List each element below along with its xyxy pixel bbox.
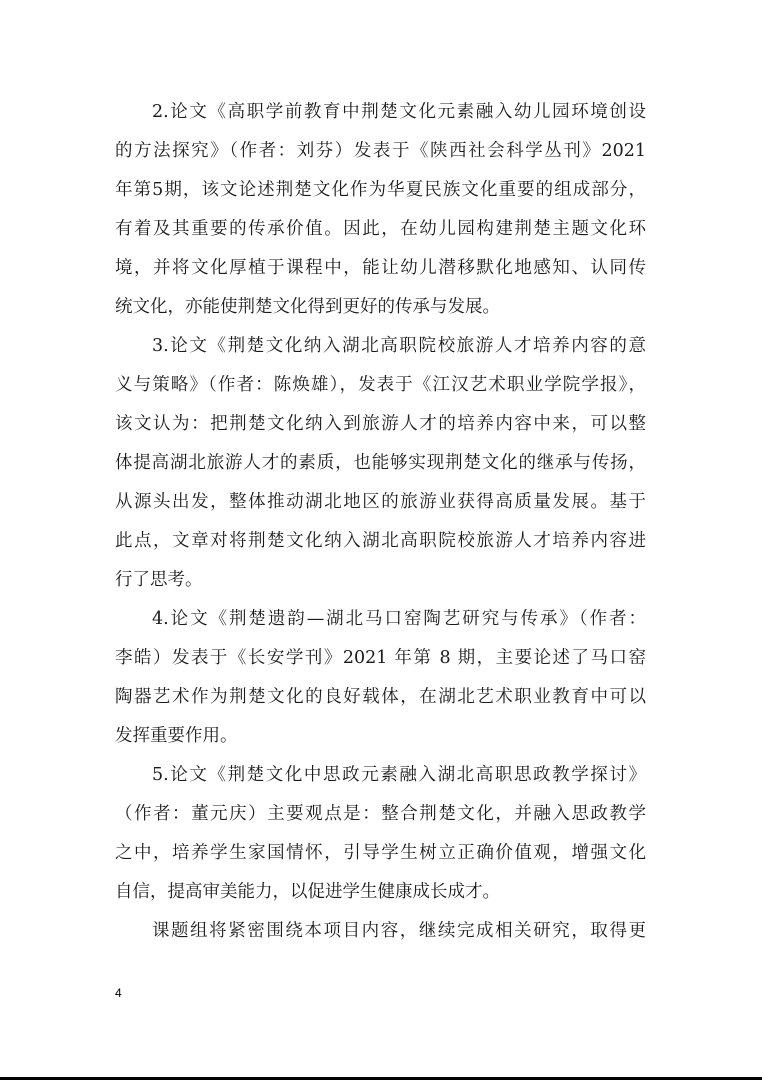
- paragraph-item-4: 4.论文《荆楚遗韵—湖北马口窑陶艺研究与传承》（作者： 李皓）发表于《长安学刊》…: [115, 600, 646, 756]
- text-line: 李皓）发表于《长安学刊》2021 年第 8 期，主要论述了马口窑: [115, 639, 646, 678]
- text-line: 义与策略》（作者：陈焕雄），发表于《江汉艺术职业学院学报》，: [115, 366, 646, 405]
- text-line: 从源头出发，整体推动湖北地区的旅游业获得高质量发展。基于: [115, 483, 646, 522]
- text-line: 4.论文《荆楚遗韵—湖北马口窑陶艺研究与传承》（作者：: [115, 600, 646, 639]
- text-line: 的方法探究》（作者：刘芬）发表于《陕西社会科学丛刊》2021: [115, 132, 646, 171]
- text-line: 3.论文《荆楚文化纳入湖北高职院校旅游人才培养内容的意: [115, 327, 646, 366]
- text-line: 5.论文《荆楚文化中思政元素融入湖北高职思政教学探讨》: [115, 756, 646, 795]
- text-line: 年第5期，该文论述荆楚文化作为华夏民族文化重要的组成部分，: [115, 171, 646, 210]
- document-page: 2.论文《高职学前教育中荆楚文化元素融入幼儿园环境创设 的方法探究》（作者：刘芬…: [0, 0, 762, 1080]
- text-line: 自信，提高审美能力，以促进学生健康成长成才。: [115, 873, 646, 912]
- text-line: 之中，培养学生家国情怀，引导学生树立正确价值观，增强文化: [115, 834, 646, 873]
- text-line: 统文化，亦能使荆楚文化得到更好的传承与发展。: [115, 288, 646, 327]
- text-line: 该文认为：把荆楚文化纳入到旅游人才的培养内容中来，可以整: [115, 405, 646, 444]
- text-line: 发挥重要作用。: [115, 717, 646, 756]
- paragraph-item-3: 3.论文《荆楚文化纳入湖北高职院校旅游人才培养内容的意 义与策略》（作者：陈焕雄…: [115, 327, 646, 600]
- paragraph-item-5: 5.论文《荆楚文化中思政元素融入湖北高职思政教学探讨》 （作者：董元庆）主要观点…: [115, 756, 646, 912]
- text-line: 课题组将紧密围绕本项目内容，继续完成相关研究，取得更: [115, 912, 646, 951]
- text-line: 此点，文章对将荆楚文化纳入湖北高职院校旅游人才培养内容进: [115, 522, 646, 561]
- paragraph-closing: 课题组将紧密围绕本项目内容，继续完成相关研究，取得更: [115, 912, 646, 951]
- paragraph-item-2: 2.论文《高职学前教育中荆楚文化元素融入幼儿园环境创设 的方法探究》（作者：刘芬…: [115, 93, 646, 327]
- text-line: 体提高湖北旅游人才的素质，也能够实现荆楚文化的继承与传扬，: [115, 444, 646, 483]
- text-line: 2.论文《高职学前教育中荆楚文化元素融入幼儿园环境创设: [115, 93, 646, 132]
- text-line: 行了思考。: [115, 561, 646, 600]
- document-body: 2.论文《高职学前教育中荆楚文化元素融入幼儿园环境创设 的方法探究》（作者：刘芬…: [115, 93, 646, 951]
- text-line: （作者：董元庆）主要观点是：整合荆楚文化，并融入思政教学: [115, 795, 646, 834]
- text-line: 境，并将文化厚植于课程中，能让幼儿潜移默化地感知、认同传: [115, 249, 646, 288]
- text-line: 陶器艺术作为荆楚文化的良好载体，在湖北艺术职业教育中可以: [115, 678, 646, 717]
- page-number: 4: [115, 986, 122, 1000]
- text-line: 有着及其重要的传承价值。因此，在幼儿园构建荆楚主题文化环: [115, 210, 646, 249]
